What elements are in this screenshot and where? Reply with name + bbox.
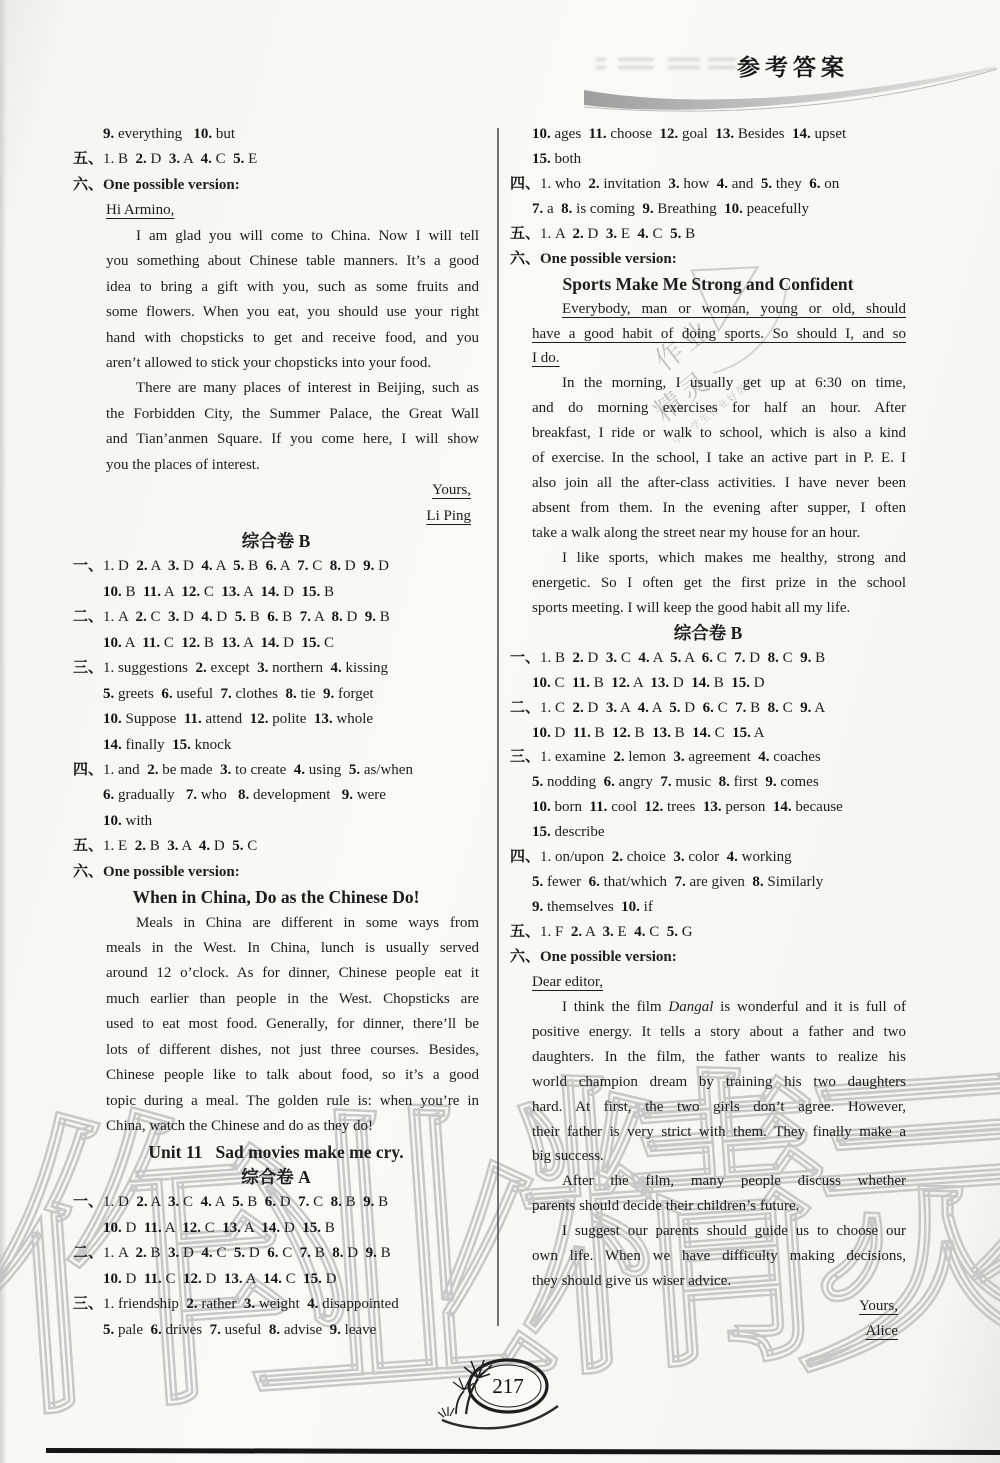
text-line: they should give us wiser advice.: [510, 1269, 906, 1294]
text-line: I am glad you will come to China. Now I …: [73, 224, 479, 249]
text-line: hand with chopsticks to get and receive …: [73, 326, 479, 351]
text-line: There are many places of interest in Bei…: [73, 376, 479, 401]
text-line: Hi Armino,: [73, 198, 479, 223]
text-line: positive energy. It tells a story about …: [510, 1020, 906, 1045]
text-line: 三、1. friendship 2. rather 3. weight 4. d…: [73, 1292, 479, 1317]
text-line: and Tian’anmen Square. If you come here,…: [73, 427, 479, 452]
text-line: I think the film Dangal is wonderful and…: [510, 995, 906, 1020]
text-line: 三、1. suggestions 2. except 3. northern 4…: [73, 656, 479, 681]
text-line: breakfast, I ride or walk to school, whi…: [510, 421, 906, 446]
text-line: their father is very strict with them. T…: [510, 1120, 906, 1145]
text-line: topic during a meal. The golden rule is:…: [73, 1089, 479, 1114]
paper-edge: [0, 0, 7, 1463]
text-line: big success.: [510, 1144, 906, 1169]
text-line: lots of different dishes, not just three…: [73, 1038, 479, 1063]
text-line: 10. ages 11. choose 12. goal 13. Besides…: [510, 122, 906, 147]
text-line: own life. When we have difficulty making…: [510, 1244, 906, 1269]
text-line: When in China, Do as the Chinese Do!: [73, 885, 479, 910]
text-line: take a walk along the street near my hou…: [510, 521, 906, 546]
text-line: 5. pale 6. drives 7. useful 8. advise 9.…: [73, 1318, 479, 1343]
text-line: aren’t allowed to stick your chopsticks …: [73, 351, 479, 376]
text-line: I do.: [510, 346, 906, 371]
text-line: you the places of interest.: [73, 453, 479, 478]
text-line: 10. A 11. C 12. B 13. A 14. D 15. C: [73, 631, 479, 656]
text-line: 9. themselves 10. if: [510, 895, 906, 920]
text-line: around 12 o’clock. As for dinner, Chines…: [73, 961, 479, 986]
text-line: 二、1. A 2. B 3. D 4. C 5. D 6. C 7. B 8. …: [73, 1241, 479, 1266]
text-line: 一、1. D 2. A 3. C 4. A 5. B 6. D 7. C 8. …: [73, 1190, 479, 1215]
text-line: 6. gradually 7. who 8. development 9. we…: [73, 783, 479, 808]
text-line: 10. with: [73, 809, 479, 834]
text-line: Alice: [510, 1319, 906, 1344]
text-line: 综合卷 A: [73, 1165, 479, 1190]
text-line: 五、1. F 2. A 3. E 4. C 5. G: [510, 920, 906, 945]
text-line: 10. Suppose 11. attend 12. polite 13. wh…: [73, 707, 479, 732]
answer-page: { "header": { "title": "参考答案" }, "footer…: [0, 0, 1000, 1463]
text-line: I like sports, which makes me healthy, s…: [510, 546, 906, 571]
text-line: of exercise. In the school, I take an ac…: [510, 446, 906, 471]
column-divider: [497, 128, 499, 1326]
text-line: 15. describe: [510, 820, 906, 845]
text-line: In the morning, I usually get up at 6:30…: [510, 371, 906, 396]
text-line: 10. D 11. B 12. B 13. B 14. C 15. A: [510, 721, 906, 746]
text-line: 9. everything 10. but: [73, 122, 479, 147]
bottom-rule: [46, 1448, 1000, 1454]
text-line: absent from them. In the evening after s…: [510, 496, 906, 521]
text-line: and do morning exercises for half an hou…: [510, 396, 906, 421]
text-line: 综合卷 B: [73, 529, 479, 554]
text-line: 10. D 11. A 12. C 13. A 14. D 15. B: [73, 1216, 479, 1241]
text-line: 六、One possible version:: [510, 945, 906, 970]
text-line: 7. a 8. is coming 9. Breathing 10. peace…: [510, 197, 906, 222]
text-line: Meals in China are different in some way…: [73, 911, 479, 936]
text-line: hard. At first, the two girls don’t agre…: [510, 1095, 906, 1120]
text-line: much earlier than people in the West. Ch…: [73, 987, 479, 1012]
text-line: Li Ping: [73, 504, 479, 529]
text-line: 五、1. E 2. B 3. A 4. D 5. C: [73, 834, 479, 859]
text-line: 六、One possible version:: [73, 173, 479, 198]
text-line: some flowers. When you eat, you should u…: [73, 300, 479, 325]
text-line: China, watch the Chinese and do as they …: [73, 1114, 479, 1139]
bleed-through-smudge: [596, 58, 736, 72]
text-line: Everybody, man or woman, young or old, s…: [510, 297, 906, 322]
text-line: 五、1. A 2. D 3. E 4. C 5. B: [510, 222, 906, 247]
text-line: 15. both: [510, 147, 906, 172]
text-line: parents should decide their children’s f…: [510, 1194, 906, 1219]
text-line: used to eat most food. Generally, for di…: [73, 1012, 479, 1037]
text-line: you something about Chinese table manner…: [73, 249, 479, 274]
text-line: 二、1. A 2. C 3. D 4. D 5. B 6. B 7. A 8. …: [73, 605, 479, 630]
text-line: 10. born 11. cool 12. trees 13. person 1…: [510, 795, 906, 820]
right-column: 10. ages 11. choose 12. goal 13. Besides…: [510, 122, 906, 1344]
text-line: Sports Make Me Strong and Confident: [510, 272, 906, 297]
text-line: also join all the after-class activities…: [510, 471, 906, 496]
text-line: 10. C 11. B 12. A 13. D 14. B 15. D: [510, 671, 906, 696]
text-line: Unit 11 Sad movies make me cry.: [73, 1140, 479, 1165]
page-number-badge: 217: [436, 1350, 566, 1446]
text-line: 五、1. B 2. D 3. A 4. C 5. E: [73, 147, 479, 172]
text-line: Yours,: [510, 1294, 906, 1319]
text-line: 14. finally 15. knock: [73, 733, 479, 758]
text-line: 10. B 11. A 12. C 13. A 14. D 15. B: [73, 580, 479, 605]
left-column: 9. everything 10. but五、1. B 2. D 3. A 4.…: [73, 122, 479, 1343]
text-line: energetic. So I often get the first priz…: [510, 571, 906, 596]
text-line: 二、1. C 2. D 3. A 4. A 5. D 6. C 7. B 8. …: [510, 696, 906, 721]
text-line: 一、1. D 2. A 3. D 4. A 5. B 6. A 7. C 8. …: [73, 554, 479, 579]
text-line: 5. greets 6. useful 7. clothes 8. tie 9.…: [73, 682, 479, 707]
text-line: have a good habit of doing sports. So sh…: [510, 322, 906, 347]
text-line: the Forbidden City, the Summer Palace, t…: [73, 402, 479, 427]
text-line: After the film, many people discuss whet…: [510, 1169, 906, 1194]
text-line: 一、1. B 2. D 3. C 4. A 5. A 6. C 7. D 8. …: [510, 646, 906, 671]
text-line: world champion dream by training his two…: [510, 1070, 906, 1095]
text-line: meals in the West. In China, lunch is us…: [73, 936, 479, 961]
text-line: Dear editor,: [510, 970, 906, 995]
text-line: Chinese people like to talk about food, …: [73, 1063, 479, 1088]
text-line: I suggest our parents should guide us to…: [510, 1219, 906, 1244]
text-line: 10. D 11. C 12. D 13. A 14. C 15. D: [73, 1267, 479, 1292]
page-number: 217: [483, 1374, 533, 1399]
text-line: 5. nodding 6. angry 7. music 8. first 9.…: [510, 770, 906, 795]
text-line: 四、1. on/upon 2. choice 3. color 4. worki…: [510, 845, 906, 870]
text-line: idea to bring a gift with you, such as s…: [73, 275, 479, 300]
text-line: Yours,: [73, 478, 479, 503]
text-line: 六、One possible version:: [510, 247, 906, 272]
text-line: sports meeting. I will keep the good hab…: [510, 596, 906, 621]
text-line: 综合卷 B: [510, 621, 906, 646]
text-line: 三、1. examine 2. lemon 3. agreement 4. co…: [510, 745, 906, 770]
text-line: 5. fewer 6. that/which 7. are given 8. S…: [510, 870, 906, 895]
text-line: 六、One possible version:: [73, 860, 479, 885]
text-line: daughters. In the film, the father wants…: [510, 1045, 906, 1070]
text-line: 四、1. who 2. invitation 3. how 4. and 5. …: [510, 172, 906, 197]
text-line: 四、1. and 2. be made 3. to create 4. usin…: [73, 758, 479, 783]
